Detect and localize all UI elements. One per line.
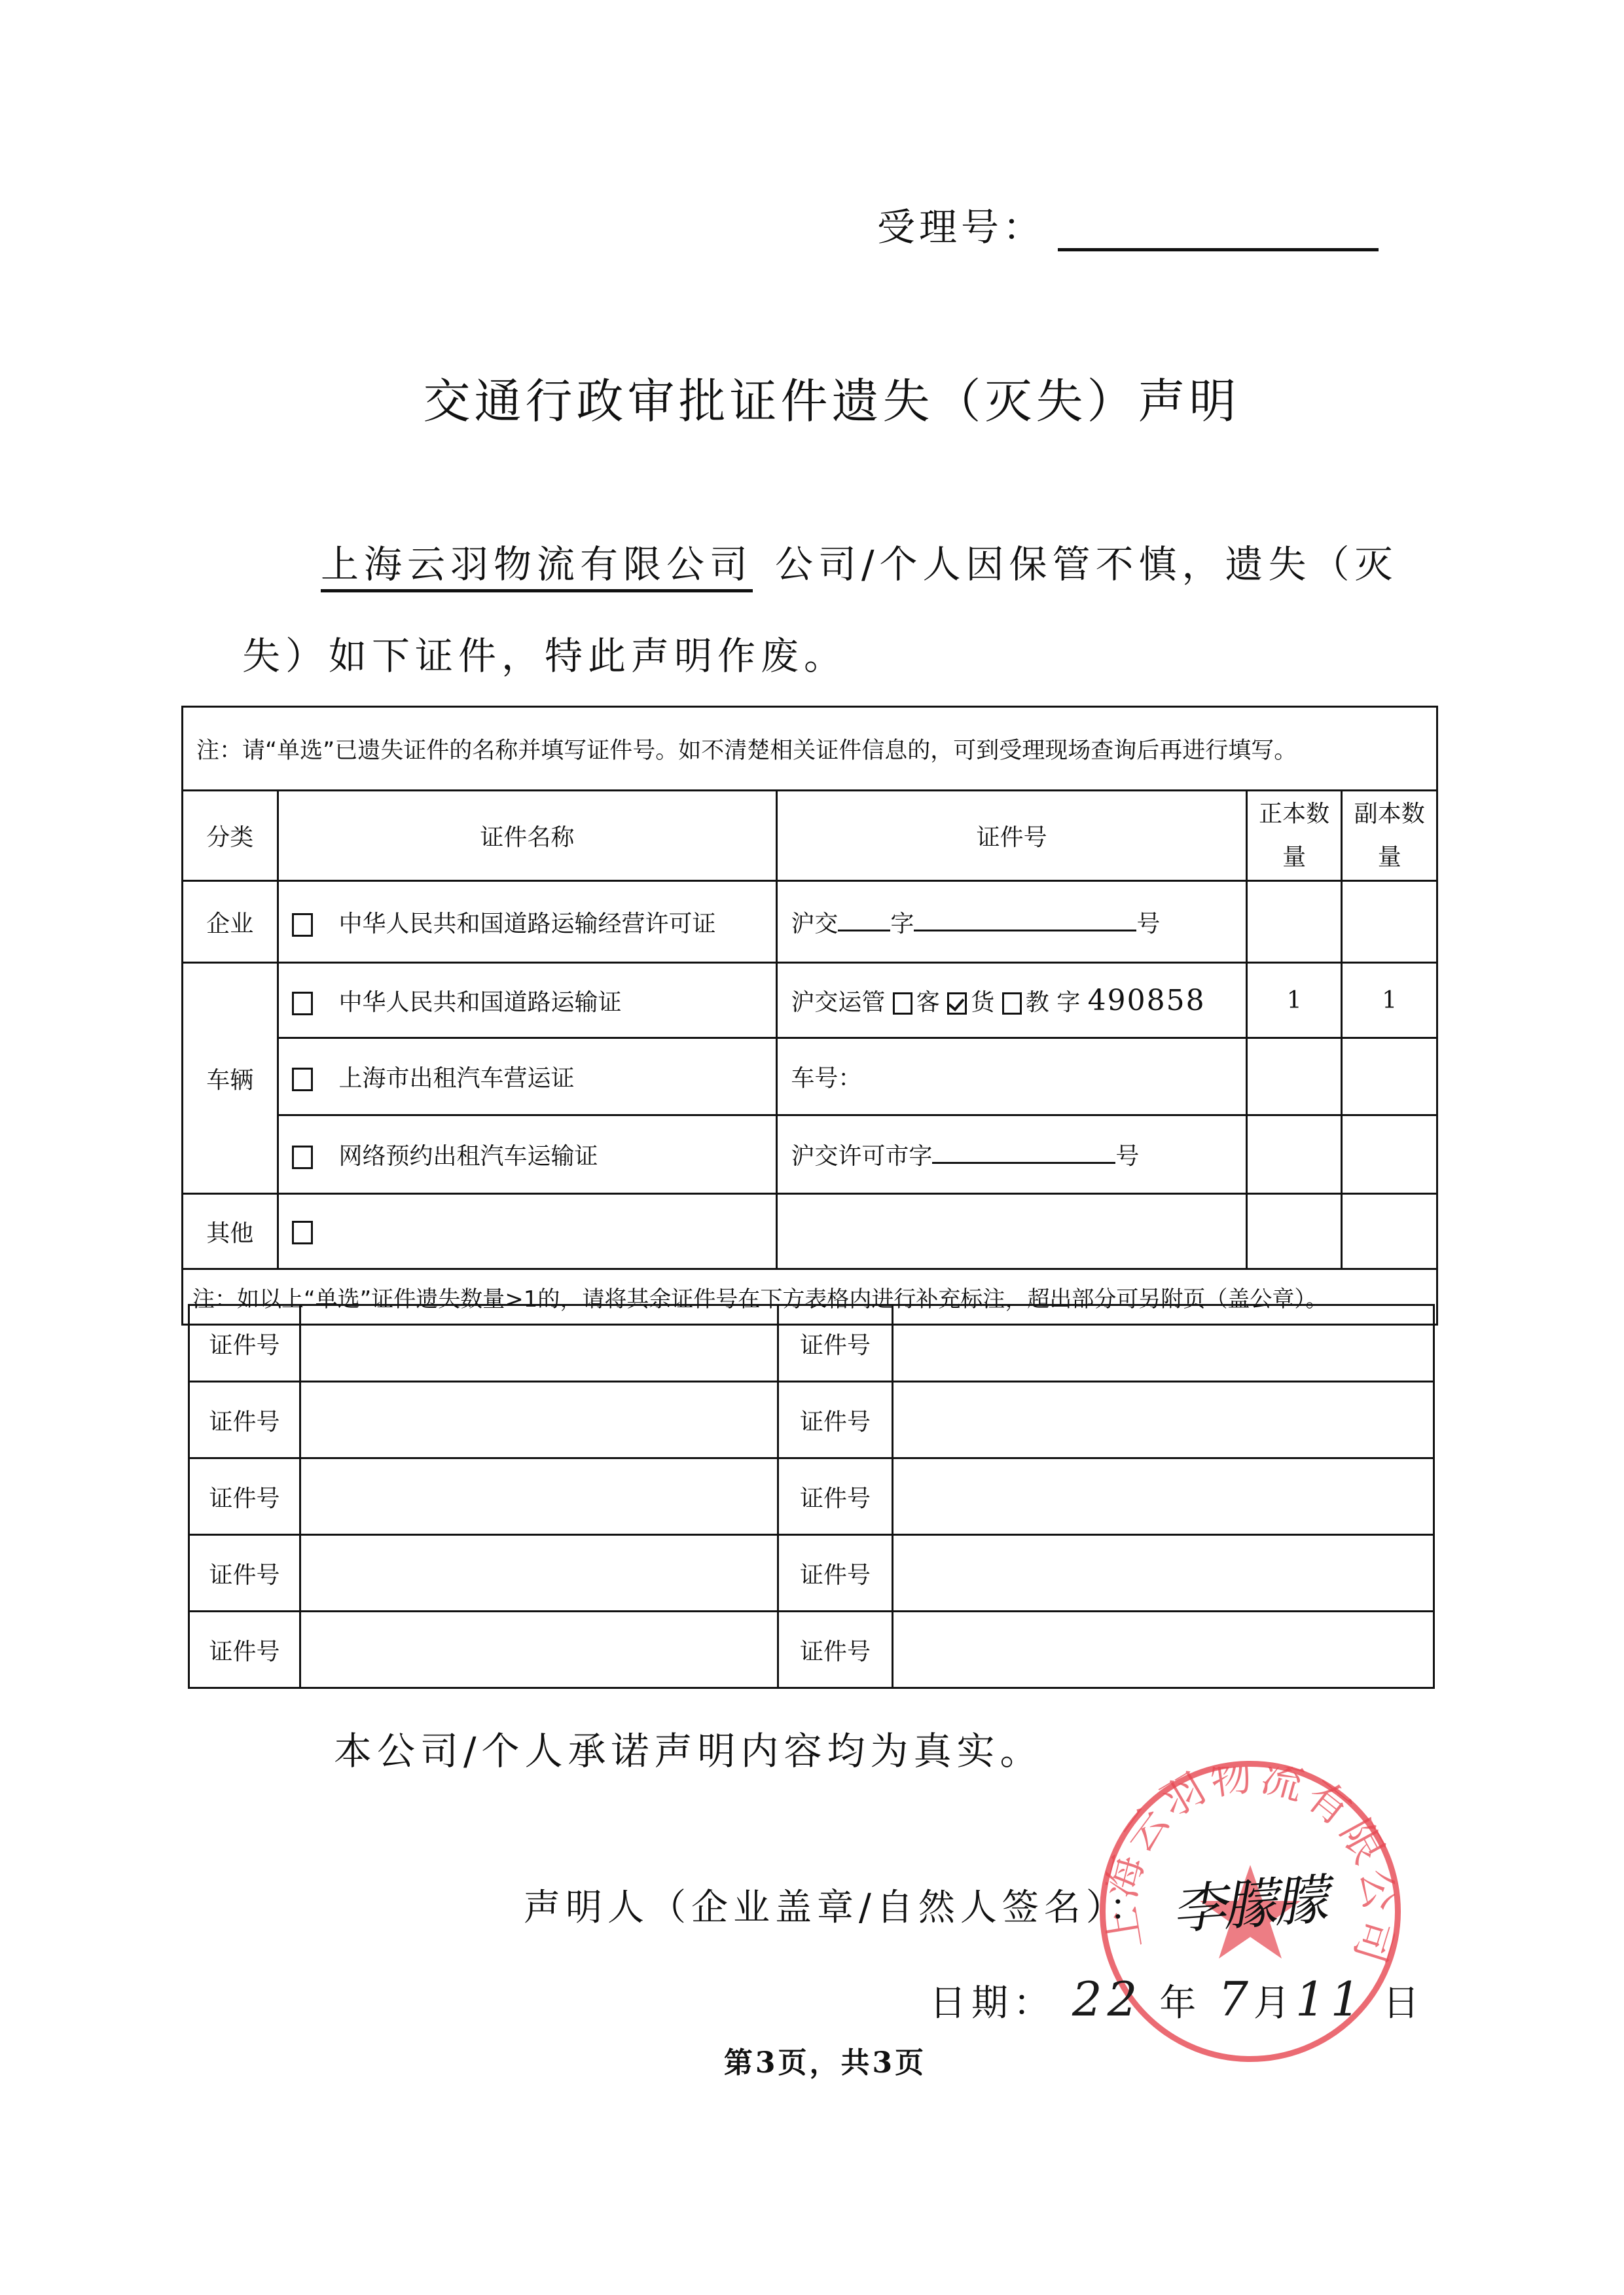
copy-qty-cell[interactable] [1342, 1038, 1437, 1115]
cert-no-label: 证件号 [189, 1535, 300, 1612]
cert-no-label: 证件号 [189, 1612, 300, 1688]
cert-name-cell: 网络预约出租汽车运输证 [278, 1115, 777, 1194]
cert-no-label: 证件号 [778, 1305, 893, 1382]
date-month[interactable]: 7 [1218, 1972, 1254, 2027]
cert-name: 中华人民共和国道路运输证 [339, 989, 622, 1016]
statement-line-2: 失）如下证件，特此声明作废。 [242, 625, 847, 680]
category-cell: 企业 [183, 881, 278, 963]
cert-no-blank[interactable] [932, 1142, 1115, 1164]
cert-no-cell: 沪交许可市字号 [777, 1115, 1247, 1194]
original-qty-cell[interactable] [1246, 1038, 1342, 1115]
copy-qty-cell[interactable]: 1 [1342, 963, 1437, 1038]
cert-no-cell: 沪交运管 客 货 教 字 490858 [777, 963, 1247, 1038]
supplementary-cert-table: 证件号 证件号 证件号 证件号 证件号 证件号 证件号 证件号 证件号 证件号 [188, 1304, 1435, 1689]
receipt-number-input[interactable] [1058, 222, 1379, 251]
year-unit: 年 [1159, 1982, 1201, 2025]
cert-name: 中华人民共和国道路运输经营许可证 [339, 911, 716, 937]
original-qty-cell[interactable] [1246, 881, 1342, 963]
month-unit: 月 [1254, 1982, 1295, 2025]
supplement-row: 证件号 证件号 [189, 1535, 1434, 1612]
cert-number-value[interactable]: 490858 [1088, 984, 1206, 1017]
cert-no-input-left[interactable] [300, 1305, 778, 1382]
option-label: 货 [971, 989, 994, 1016]
company-name: 上海云羽物流有限公司 [321, 542, 753, 592]
cert-no-prefix: 沪交运管 [791, 989, 885, 1016]
cert-no-cell[interactable]: 车号： [777, 1038, 1247, 1115]
handwritten-signature[interactable]: 李朦朦 [1169, 1857, 1327, 1944]
cert-no-input-right[interactable] [893, 1382, 1434, 1458]
cert-no-input-right[interactable] [893, 1305, 1434, 1382]
option-label: 客 [916, 989, 940, 1016]
cert-no-label: 证件号 [189, 1382, 300, 1458]
table-note-top: 注：请“单选”已遗失证件的名称并填写证件号。如不清楚相关证件信息的，可到受理现场… [183, 707, 1437, 791]
cert-name: 网络预约出租汽车运输证 [339, 1143, 598, 1170]
copy-qty-cell[interactable] [1342, 881, 1437, 963]
statement-line-1-text: 公司/个人因保管不慎，遗失（灭 [775, 542, 1398, 587]
date-line: 日期： 22 年 7月11 日 [929, 1972, 1424, 2027]
header-copy-qty: 副本数量 [1342, 791, 1437, 881]
supplement-row: 证件号 证件号 [189, 1612, 1434, 1688]
cert-name: 上海市出租汽车营运证 [339, 1065, 575, 1092]
checkbox-business-license[interactable] [292, 913, 313, 937]
promise-statement: 本公司/个人承诺声明内容均为真实。 [334, 1720, 1043, 1775]
table-row: 企业 中华人民共和国道路运输经营许可证 沪交字号 [183, 881, 1437, 963]
supplement-row: 证件号 证件号 [189, 1458, 1434, 1535]
table-row: 其他 [183, 1194, 1437, 1269]
page-indicator: 第3页，共3页 [0, 2039, 1624, 2081]
cert-no-suffix: 号 [1115, 1143, 1139, 1170]
category-cell: 车辆 [183, 963, 278, 1194]
day-unit: 日 [1382, 1982, 1424, 2025]
header-cert-no: 证件号 [777, 791, 1247, 881]
cert-no-cell: 沪交字号 [777, 881, 1247, 963]
cert-no-input-left[interactable] [300, 1458, 778, 1535]
original-qty-cell[interactable]: 1 [1246, 963, 1342, 1038]
supplement-row: 证件号 证件号 [189, 1305, 1434, 1382]
date-day[interactable]: 11 [1295, 1972, 1366, 2027]
cert-no-label: 证件号 [778, 1612, 893, 1688]
supplement-row: 证件号 证件号 [189, 1382, 1434, 1458]
checkbox-freight[interactable] [947, 992, 967, 1015]
cert-no-label: 证件号 [189, 1305, 300, 1382]
table-header-row: 分类 证件名称 证件号 正本数量 副本数量 [183, 791, 1437, 881]
header-original-qty: 正本数量 [1246, 791, 1342, 881]
cert-no-prefix: 车号： [791, 1065, 861, 1092]
cert-no-label: 证件号 [189, 1458, 300, 1535]
cert-no-mid: 字 [1056, 989, 1080, 1016]
header-cert-name: 证件名称 [278, 791, 777, 881]
declarant-label: 声明人（企业盖章/自然人签名）： [524, 1887, 1151, 1929]
copy-qty-cell[interactable] [1342, 1115, 1437, 1194]
cert-no-cell[interactable] [777, 1194, 1247, 1269]
cert-no-label: 证件号 [778, 1535, 893, 1612]
checkbox-taxi-cert[interactable] [292, 1068, 313, 1091]
cert-no-input-left[interactable] [300, 1612, 778, 1688]
cert-no-label: 证件号 [778, 1458, 893, 1535]
declarant-line: 声明人（企业盖章/自然人签名）： [524, 1879, 1151, 1931]
checkbox-training[interactable] [1002, 992, 1022, 1015]
table-row: 上海市出租汽车营运证 车号： [183, 1038, 1437, 1115]
table-row: 车辆 中华人民共和国道路运输证 沪交运管 客 货 教 字 490858 1 1 [183, 963, 1437, 1038]
checkbox-road-transport-cert[interactable] [292, 992, 313, 1015]
receipt-label: 受理号： [877, 205, 1045, 249]
cert-no-prefix: 沪交 [791, 911, 838, 937]
document-title: 交通行政审批证件遗失（灭失）声明 [0, 363, 1624, 431]
cert-no-label: 证件号 [778, 1382, 893, 1458]
cert-name-cell [278, 1194, 777, 1269]
option-label: 教 [1026, 989, 1049, 1016]
category-cell: 其他 [183, 1194, 278, 1269]
cert-no-mid: 字 [890, 911, 914, 937]
cert-no-suffix: 号 [1136, 911, 1160, 937]
table-row: 网络预约出租汽车运输证 沪交许可市字号 [183, 1115, 1437, 1194]
original-qty-cell[interactable] [1246, 1115, 1342, 1194]
cert-no-prefix: 沪交许可市字 [791, 1143, 932, 1170]
cert-no-input-right[interactable] [893, 1458, 1434, 1535]
statement-line-1: 上海云羽物流有限公司公司/个人因保管不慎，遗失（灭 [321, 533, 1398, 588]
date-year[interactable]: 22 [1072, 1972, 1143, 2027]
cert-no-input-left[interactable] [300, 1382, 778, 1458]
checkbox-other[interactable] [292, 1221, 313, 1244]
cert-no-input-left[interactable] [300, 1535, 778, 1612]
cert-no-blank-1[interactable] [838, 910, 890, 931]
checkbox-ride-hailing-cert[interactable] [292, 1146, 313, 1169]
receipt-number-field: 受理号： [877, 196, 1379, 251]
cert-name-cell: 上海市出租汽车营运证 [278, 1038, 777, 1115]
header-category: 分类 [183, 791, 278, 881]
cert-no-input-right[interactable] [893, 1612, 1434, 1688]
copy-qty-cell[interactable] [1342, 1194, 1437, 1269]
original-qty-cell[interactable] [1246, 1194, 1342, 1269]
checkbox-passenger[interactable] [893, 992, 912, 1015]
lost-certificates-table: 注：请“单选”已遗失证件的名称并填写证件号。如不清楚相关证件信息的，可到受理现场… [181, 706, 1438, 1326]
cert-no-input-right[interactable] [893, 1535, 1434, 1612]
date-label: 日期： [929, 1982, 1055, 2025]
cert-name-cell: 中华人民共和国道路运输经营许可证 [278, 881, 777, 963]
cert-no-blank-2[interactable] [914, 910, 1136, 931]
cert-name-cell: 中华人民共和国道路运输证 [278, 963, 777, 1038]
